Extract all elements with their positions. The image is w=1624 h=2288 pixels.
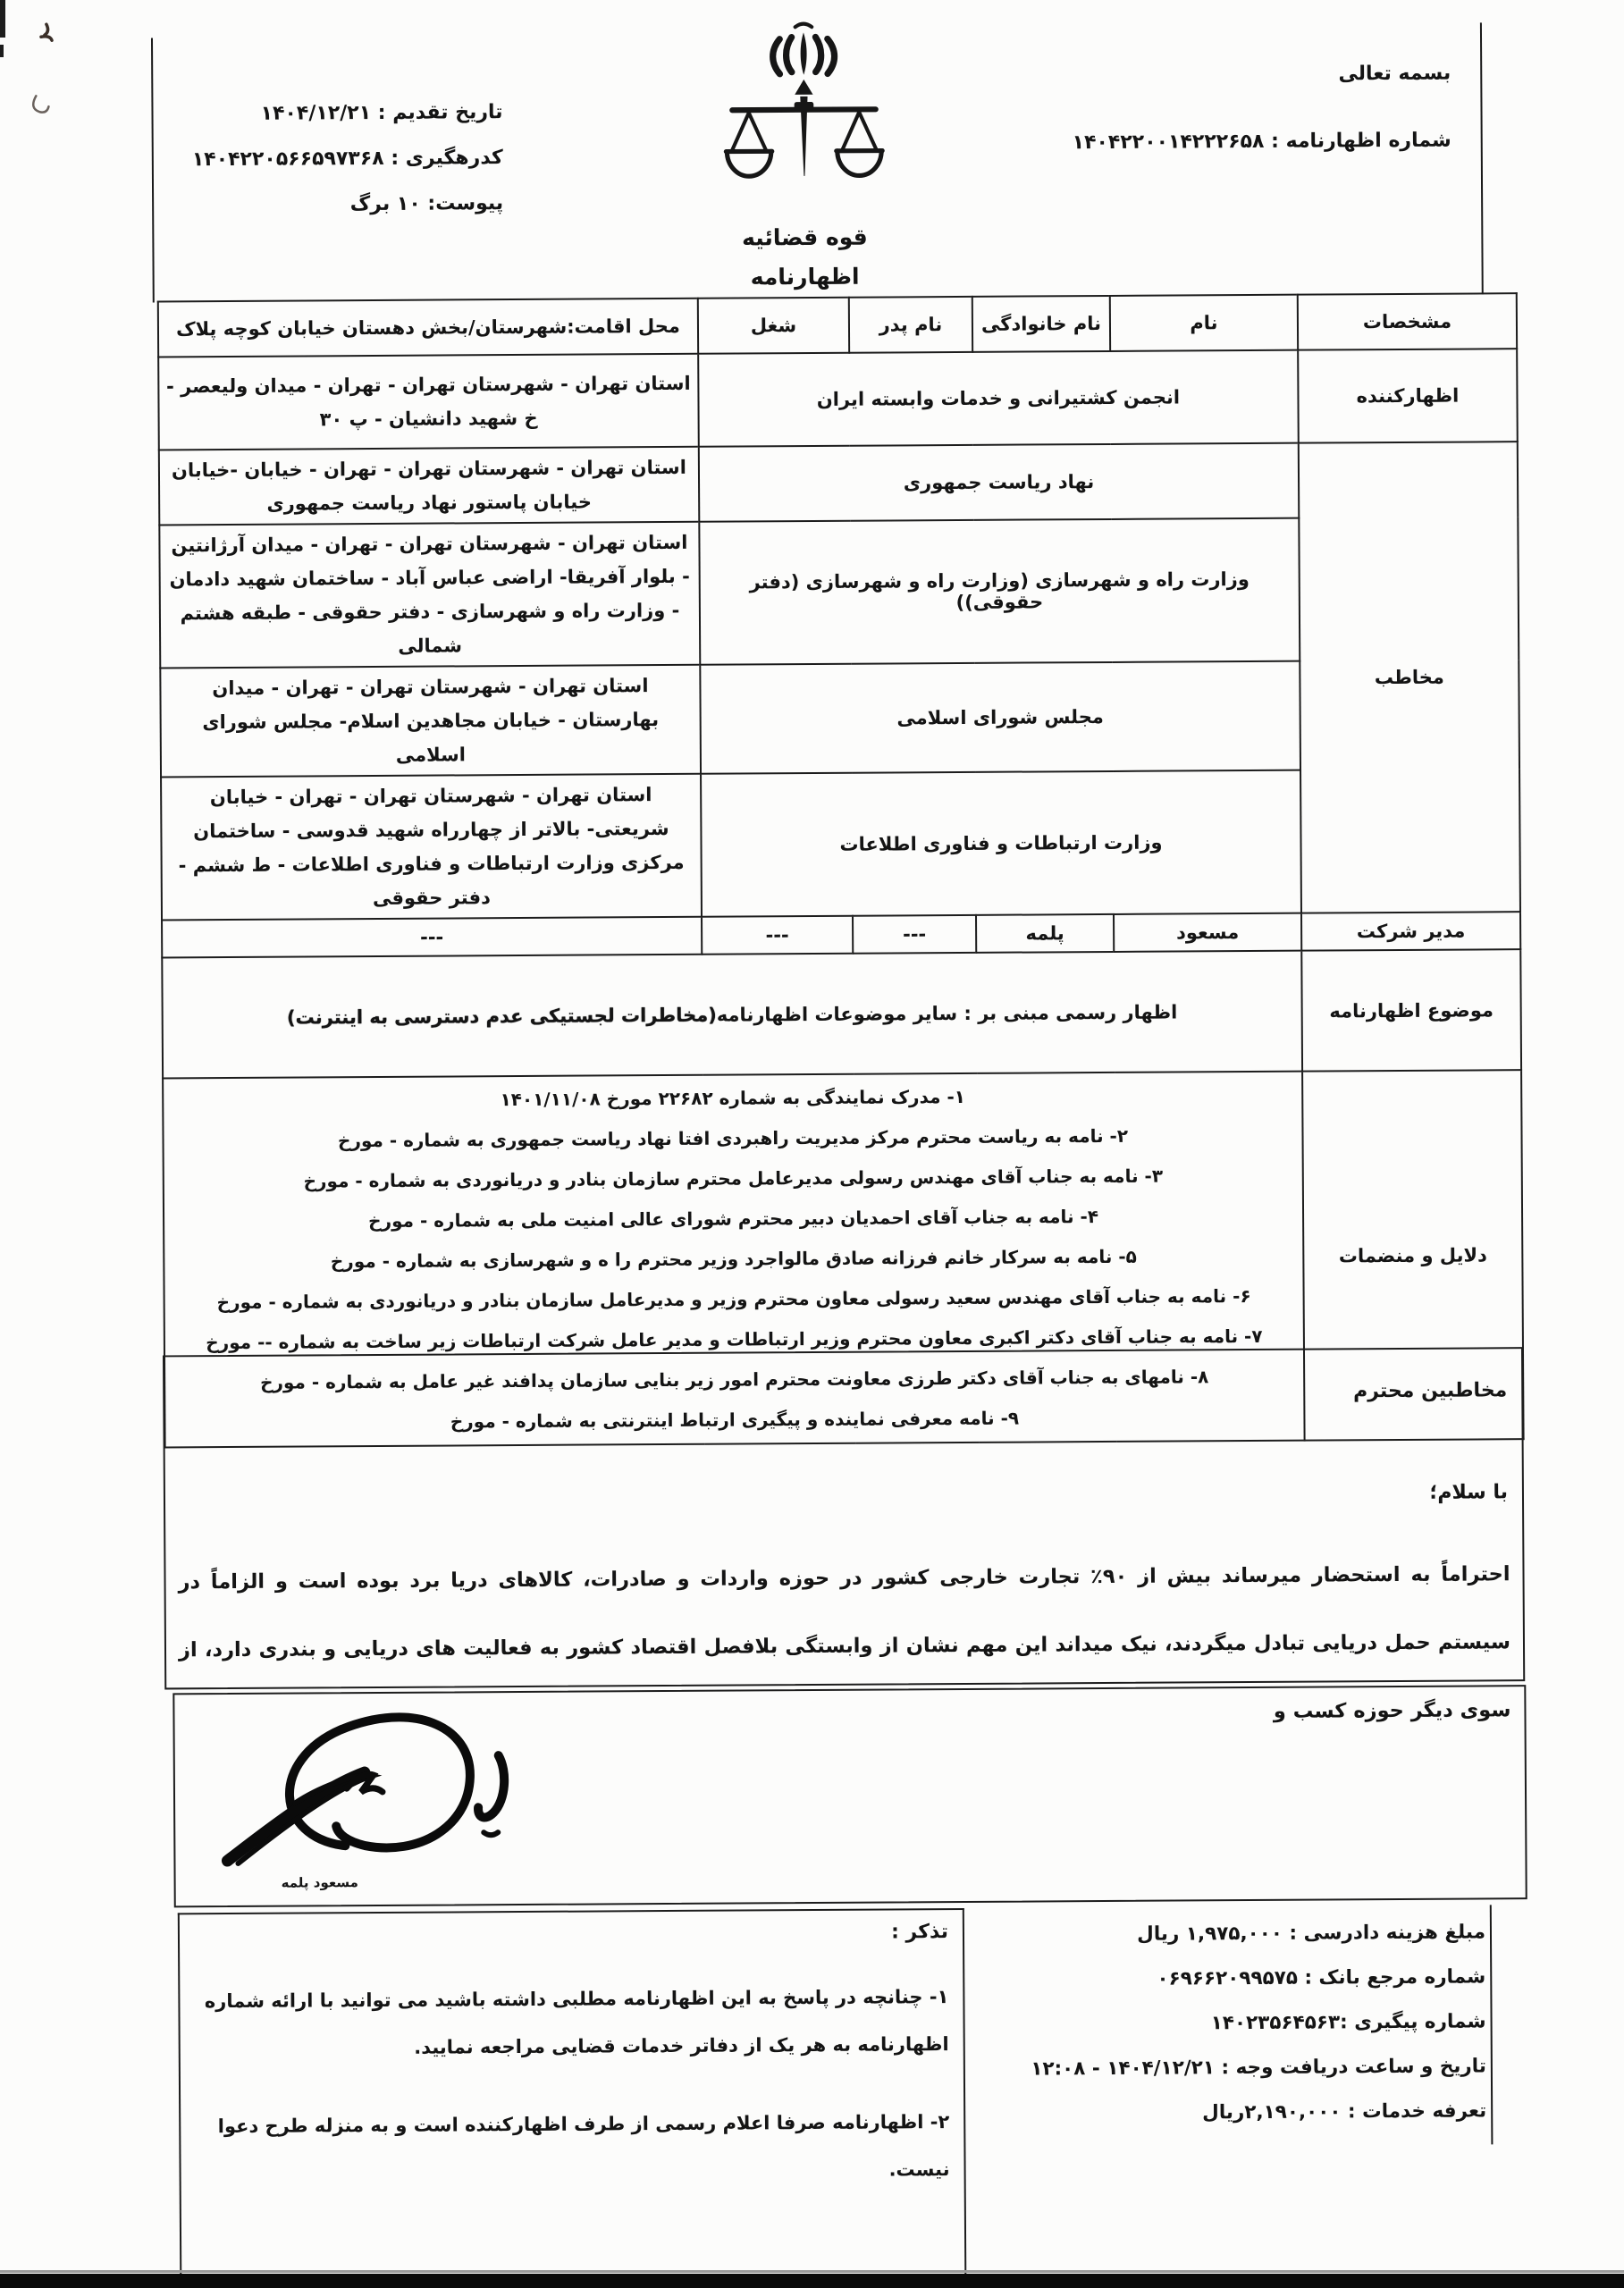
addressee-row: مخاطب نهاد ریاست جمهوری استان تهران - شه…: [159, 442, 1518, 525]
signature-caption: مسعود پلمه: [282, 1874, 358, 1891]
scan-bottom-bar: [0, 2274, 1624, 2288]
evidence-item: ۳- نامه به جناب آقای مهندس رسولی مدیرعام…: [170, 1156, 1297, 1203]
evidence-item: ۵- نامه به سرکار خانم فرزانه صادق مالواج…: [170, 1236, 1297, 1283]
header-left-rule: [151, 38, 155, 302]
fee-line: شماره پیگیری :۱۴۰۲۳۵۶۴۵۶۳: [949, 1999, 1485, 2048]
evidence-item: ۲- نامه به ریاست محترم مرکز مدیریت راهبر…: [169, 1115, 1296, 1163]
addressee-address: استان تهران - شهرستان تهران - تهران - خی…: [161, 774, 702, 921]
letter-body-box: مخاطبین محترم با سلام؛ احتراماً به استحض…: [163, 1347, 1525, 1689]
notice-item: ۱- چنانچه در پاسخ به این اظهارنامه مطلبی…: [192, 1973, 949, 2073]
tracking-code: کدرهگیری : ۱۴۰۴۲۲۰۵۶۶۵۹۷۳۶۸: [162, 135, 503, 182]
manager-name: مسعود: [1114, 913, 1301, 952]
attachment-count: پیوست: ۱۰ برگ: [162, 181, 503, 228]
col-header-id: مشخصات: [1298, 293, 1517, 349]
addressee-name: مجلس شورای اسلامی: [700, 661, 1300, 774]
header-left-block: تاریخ تقدیم : ۱۴۰۴/۱۲/۲۱ کدرهگیری : ۱۴۰۴…: [161, 89, 503, 228]
fee-block: مبلغ هزینه دادرسی : ۱,۹۷۵,۰۰۰ ریال شماره…: [949, 1910, 1487, 2150]
addressee-name: وزارت ارتباطات و فناوری اطلاعات: [701, 770, 1301, 917]
fee-line: تعرفه خدمات : ۲,۱۹۰,۰۰۰ریال: [950, 2089, 1486, 2137]
subject-row: موضوع اظهارنامه اظهار رسمی مبنی بر : سای…: [162, 949, 1521, 1078]
col-header-residence: محل اقامت:شهرستان/بخش دهستان خیابان کوچه…: [158, 299, 698, 357]
declaration-number: شماره اظهارنامه : ۱۴۰۴۲۲۰۰۱۴۲۲۲۶۵۸: [951, 130, 1452, 155]
scanned-legal-declaration-page: بسمه تعالی شماره اظهارنامه : ۱۴۰۴۲۲۰۰۱۴۲…: [0, 0, 1624, 2288]
manager-label: مدیر شرکت: [1301, 912, 1520, 950]
manager-family: پلمه: [976, 914, 1114, 953]
signature-box: مسعود پلمه: [172, 1685, 1527, 1907]
bismillah: بسمه تعالی: [950, 63, 1451, 88]
letter-salutation: مخاطبین محترم: [1353, 1379, 1507, 1402]
addressee-label: مخاطب: [1299, 442, 1520, 913]
evidence-item: ۴- نامه به جناب آقای احمدیان دبیر محترم …: [170, 1196, 1297, 1243]
declarant-label: اظهارکننده: [1298, 349, 1518, 442]
manager-father: ---: [853, 915, 976, 954]
judiciary-emblem-block: قوه قضائیه اظهارنامه: [705, 21, 904, 297]
handwritten-signature: [210, 1700, 533, 1876]
doc-type-title: اظهارنامه: [707, 257, 904, 297]
fee-block-rule: [1490, 1905, 1494, 2144]
evidence-item: ۶- نامه به جناب آقای مهندس سعید رسولی مع…: [170, 1276, 1297, 1324]
subject-label: موضوع اظهارنامه: [1301, 949, 1521, 1071]
declarant-row: اظهارکننده انجمن کشتیرانی و خدمات وابسته…: [158, 349, 1518, 450]
declarant-address: استان تهران - شهرستان تهران - تهران - می…: [158, 354, 699, 450]
addressee-address: استان تهران - شهرستان تهران - تهران - می…: [160, 665, 701, 778]
header-right-block: بسمه تعالی شماره اظهارنامه : ۱۴۰۴۲۲۰۰۱۴۲…: [950, 63, 1452, 155]
scan-bottom-smear: [0, 2270, 1624, 2273]
fee-line-clipped: ۱۱. ۴۱۶۸ .... ۰۶۱۱. ۱۲..۱: [950, 2133, 1486, 2150]
manager-job: ---: [702, 916, 853, 955]
fee-line: تاریخ و ساعت دریافت وجه : ۱۴۰۴/۱۲/۲۱ - ۱…: [950, 2044, 1486, 2092]
notice-item: ۲- اظهارنامه صرفا اعلام رسمی از طرف اظها…: [193, 2099, 950, 2198]
notice-title: تذکر :: [180, 1921, 948, 1947]
col-header-name: نام: [1110, 295, 1298, 351]
addressee-address: استان تهران - شهرستان تهران - تهران - می…: [159, 522, 700, 669]
subject-text-bold: (مخاطرات لجستیکی عدم دسترسی به اینترنت): [287, 1004, 717, 1028]
scan-edge-mark: [0, 45, 4, 57]
notice-box: تذکر : ۱- چنانچه در پاسخ به این اظهارنام…: [178, 1908, 967, 2288]
declarant-name: انجمن کشتیرانی و خدمات وابسته ایران: [698, 350, 1299, 447]
fee-line: مبلغ هزینه دادرسی : ۱,۹۷۵,۰۰۰ ریال: [949, 1910, 1485, 1958]
scan-ink-artifact: [16, 17, 80, 133]
authority-title: قوه قضائیه: [706, 217, 903, 257]
addressee-name: نهاد ریاست جمهوری: [699, 443, 1300, 522]
addressee-address: استان تهران - شهرستان تهران - تهران - خی…: [159, 447, 700, 526]
col-header-family: نام خانوادگی: [972, 296, 1110, 352]
subject-text-normal: اظهار رسمی مبنی بر : سایر موضوعات اظهارن…: [717, 1001, 1178, 1025]
scales-of-justice-icon: [711, 21, 896, 214]
submit-date: تاریخ تقدیم : ۱۴۰۴/۱۲/۲۱: [161, 89, 502, 137]
col-header-father: نام پدر: [849, 297, 972, 353]
col-header-job: شغل: [698, 298, 849, 354]
scan-edge-mark: [0, 0, 5, 38]
letter-greeting: با سلام؛: [1429, 1481, 1508, 1504]
header-right-rule: [1480, 22, 1484, 294]
subject-text: اظهار رسمی مبنی بر : سایر موضوعات اظهارن…: [162, 951, 1302, 1079]
table-header-row: مشخصات نام نام خانوادگی نام پدر شغل محل …: [158, 293, 1517, 357]
manager-residence: ---: [162, 917, 702, 958]
fee-line: شماره مرجع بانک : ۰۶۹۶۶۲۰۹۹۵۷۵: [949, 1955, 1485, 2003]
evidence-item: ۱- مدرک نمایندگی به شماره ۲۲۶۸۲ مورخ ۱۴۰…: [169, 1075, 1296, 1123]
document-content: بسمه تعالی شماره اظهارنامه : ۱۴۰۴۲۲۰۰۱۴۲…: [0, 0, 1624, 2288]
parties-table: مشخصات نام نام خانوادگی نام پدر شغل محل …: [157, 292, 1525, 1448]
addressee-name: وزارت راه و شهرسازی (وزارت راه و شهرسازی…: [699, 518, 1300, 665]
